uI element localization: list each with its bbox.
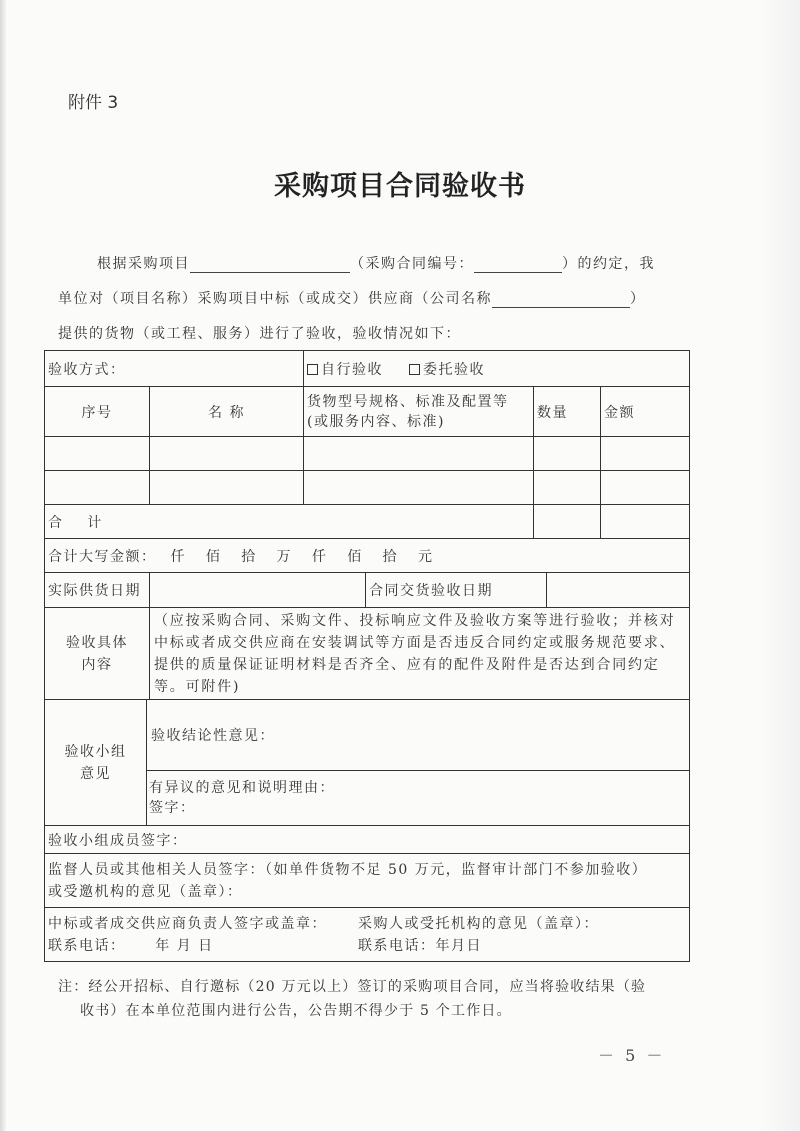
- opinion-body: 验收结论性意见： 有异议的意见和说明理由： 签字：: [146, 700, 689, 825]
- checkbox-icon[interactable]: [409, 364, 420, 375]
- seq-cell[interactable]: [45, 437, 149, 470]
- total-row: 合 计: [45, 504, 689, 538]
- label-text: 验收具体: [66, 632, 128, 654]
- supervisor-row: 监督人员或其他相关人员签字：（如单件货物不足 50 万元，监督审计部门不参加验收…: [45, 853, 689, 907]
- spec-cell[interactable]: [303, 437, 533, 470]
- option-entrusted[interactable]: 委托验收: [409, 359, 485, 379]
- intro-text: 单位对（项目名称）采购项目中标（或成交）供应商（公司名称: [58, 291, 492, 307]
- intro-line-2: 单位对（项目名称）采购项目中标（或成交）供应商（公司名称）: [58, 288, 646, 308]
- method-row: 验收方式： 自行验收 委托验收: [45, 351, 689, 386]
- date-row: 实际供货日期 合同交货验收日期: [45, 572, 689, 607]
- intro-text: （采购合同编号：: [350, 256, 474, 272]
- qty-cell[interactable]: [533, 471, 600, 504]
- intro-line-3: 提供的货物（或工程、服务）进行了验收，验收情况如下：: [58, 323, 461, 343]
- total-label: 合 计: [45, 505, 533, 538]
- total-qty-cell[interactable]: [533, 505, 600, 538]
- actual-date-value[interactable]: [149, 573, 365, 607]
- method-label: 验收方式：: [45, 351, 303, 386]
- supervisor-text: 监督人员或其他相关人员签字：（如单件货物不足 50 万元，监督审计部门不参加验收…: [48, 859, 647, 881]
- name-cell[interactable]: [149, 437, 303, 470]
- supplier-sign-field[interactable]: 中标或者成交供应商负责人签字或盖章： 联系电话： 年 月 日: [45, 908, 355, 961]
- checkbox-icon[interactable]: [307, 364, 318, 375]
- attachment-label: 附件 3: [68, 88, 118, 113]
- col-seq: 序号: [45, 387, 149, 436]
- option-label: 委托验收: [423, 362, 485, 378]
- footnote-line: 收书）在本单位范围内进行公告，公告期不得少于 5 个工作日。: [58, 999, 698, 1023]
- seq-cell[interactable]: [45, 471, 149, 504]
- page-number: － 5 －: [598, 1043, 665, 1066]
- sign-label: 签字：: [149, 798, 689, 818]
- content-text: （应按采购合同、采购文件、投标响应文件及验收方案等进行验收；并核对中标或者成交供…: [149, 608, 689, 699]
- amount-cell[interactable]: [600, 471, 689, 504]
- col-qty: 数量: [533, 387, 600, 436]
- company-name-blank[interactable]: [492, 293, 630, 308]
- item-row: [45, 436, 689, 470]
- intro-line-1: 根据采购项目（采购合同编号：）的约定，我: [97, 253, 655, 273]
- actual-date-label: 实际供货日期: [45, 573, 149, 607]
- opinion-row: 验收小组 意见 验收结论性意见： 有异议的意见和说明理由： 签字：: [45, 699, 689, 825]
- contract-date-label: 合同交货验收日期: [365, 573, 546, 607]
- amount-cell[interactable]: [600, 437, 689, 470]
- purchaser-label: 采购人或受托机构的意见（盖章）：: [358, 913, 599, 935]
- contract-number-blank[interactable]: [474, 258, 562, 273]
- intro-text: ）的约定，我: [562, 256, 655, 272]
- method-options: 自行验收 委托验收: [303, 351, 689, 386]
- members-row: 验收小组成员签字：: [45, 825, 689, 853]
- label-text: 内容: [82, 654, 113, 676]
- col-amount: 金额: [600, 387, 689, 436]
- qty-cell[interactable]: [533, 437, 600, 470]
- supplier-sign-label: 中标或者成交供应商负责人签字或盖章：: [48, 913, 327, 935]
- supervisor-text: 或受邀机构的意见（盖章）：: [48, 881, 243, 903]
- capital-label: 合计大写金额：: [48, 546, 157, 566]
- col-name: 名 称: [149, 387, 303, 436]
- purchaser-contact: 联系电话：年月日: [358, 935, 482, 957]
- supervisor-field[interactable]: 监督人员或其他相关人员签字：（如单件货物不足 50 万元，监督审计部门不参加验收…: [45, 854, 689, 907]
- capital-amount[interactable]: 合计大写金额： 仟 佰 拾 万 仟 佰 拾 元: [45, 539, 689, 572]
- contract-date-value[interactable]: [546, 573, 689, 607]
- project-blank[interactable]: [190, 258, 350, 273]
- intro-text: ）: [630, 291, 646, 307]
- footnote-line: 注：经公开招标、自行邀标（20 万元以上）签订的采购项目合同，应当将验收结果（验: [58, 975, 698, 999]
- purchaser-field[interactable]: 采购人或受托机构的意见（盖章）： 联系电话：年月日: [355, 908, 689, 961]
- col-spec: 货物型号规格、标准及配置等(或服务内容、标准): [303, 387, 533, 436]
- intro-text: 根据采购项目: [97, 256, 190, 272]
- conclusion-field[interactable]: 验收结论性意见：: [147, 700, 689, 770]
- item-row: [45, 470, 689, 504]
- content-row: 验收具体 内容 （应按采购合同、采购文件、投标响应文件及验收方案等进行验收；并核…: [45, 607, 689, 699]
- option-label: 自行验收: [321, 362, 383, 378]
- signature-row: 中标或者成交供应商负责人签字或盖章： 联系电话： 年 月 日 采购人或受托机构的…: [45, 907, 689, 961]
- objection-label: 有异议的意见和说明理由：: [149, 778, 689, 798]
- name-cell[interactable]: [149, 471, 303, 504]
- supplier-contact: 联系电话： 年 月 日: [48, 935, 214, 957]
- label-text: 意见: [80, 763, 111, 785]
- document-title: 采购项目合同验收书: [0, 164, 800, 203]
- acceptance-form: 验收方式： 自行验收 委托验收 序号 名 称 货物型号规格、标准及配置等(或服务…: [44, 350, 690, 962]
- content-label: 验收具体 内容: [45, 608, 149, 699]
- total-amount-cell[interactable]: [600, 505, 689, 538]
- spec-cell[interactable]: [303, 471, 533, 504]
- label-text: 验收小组: [65, 741, 127, 763]
- header-row: 序号 名 称 货物型号规格、标准及配置等(或服务内容、标准) 数量 金额: [45, 386, 689, 436]
- objection-field[interactable]: 有异议的意见和说明理由： 签字：: [147, 770, 689, 825]
- option-self[interactable]: 自行验收: [307, 359, 383, 379]
- capital-units: 仟 佰 拾 万 仟 佰 拾 元: [171, 546, 434, 566]
- opinion-label: 验收小组 意见: [45, 700, 146, 825]
- conclusion-label: 验收结论性意见：: [151, 725, 275, 745]
- capital-row: 合计大写金额： 仟 佰 拾 万 仟 佰 拾 元: [45, 538, 689, 572]
- members-sign-field[interactable]: 验收小组成员签字：: [45, 826, 689, 853]
- footnote: 注：经公开招标、自行邀标（20 万元以上）签订的采购项目合同，应当将验收结果（验…: [58, 975, 698, 1023]
